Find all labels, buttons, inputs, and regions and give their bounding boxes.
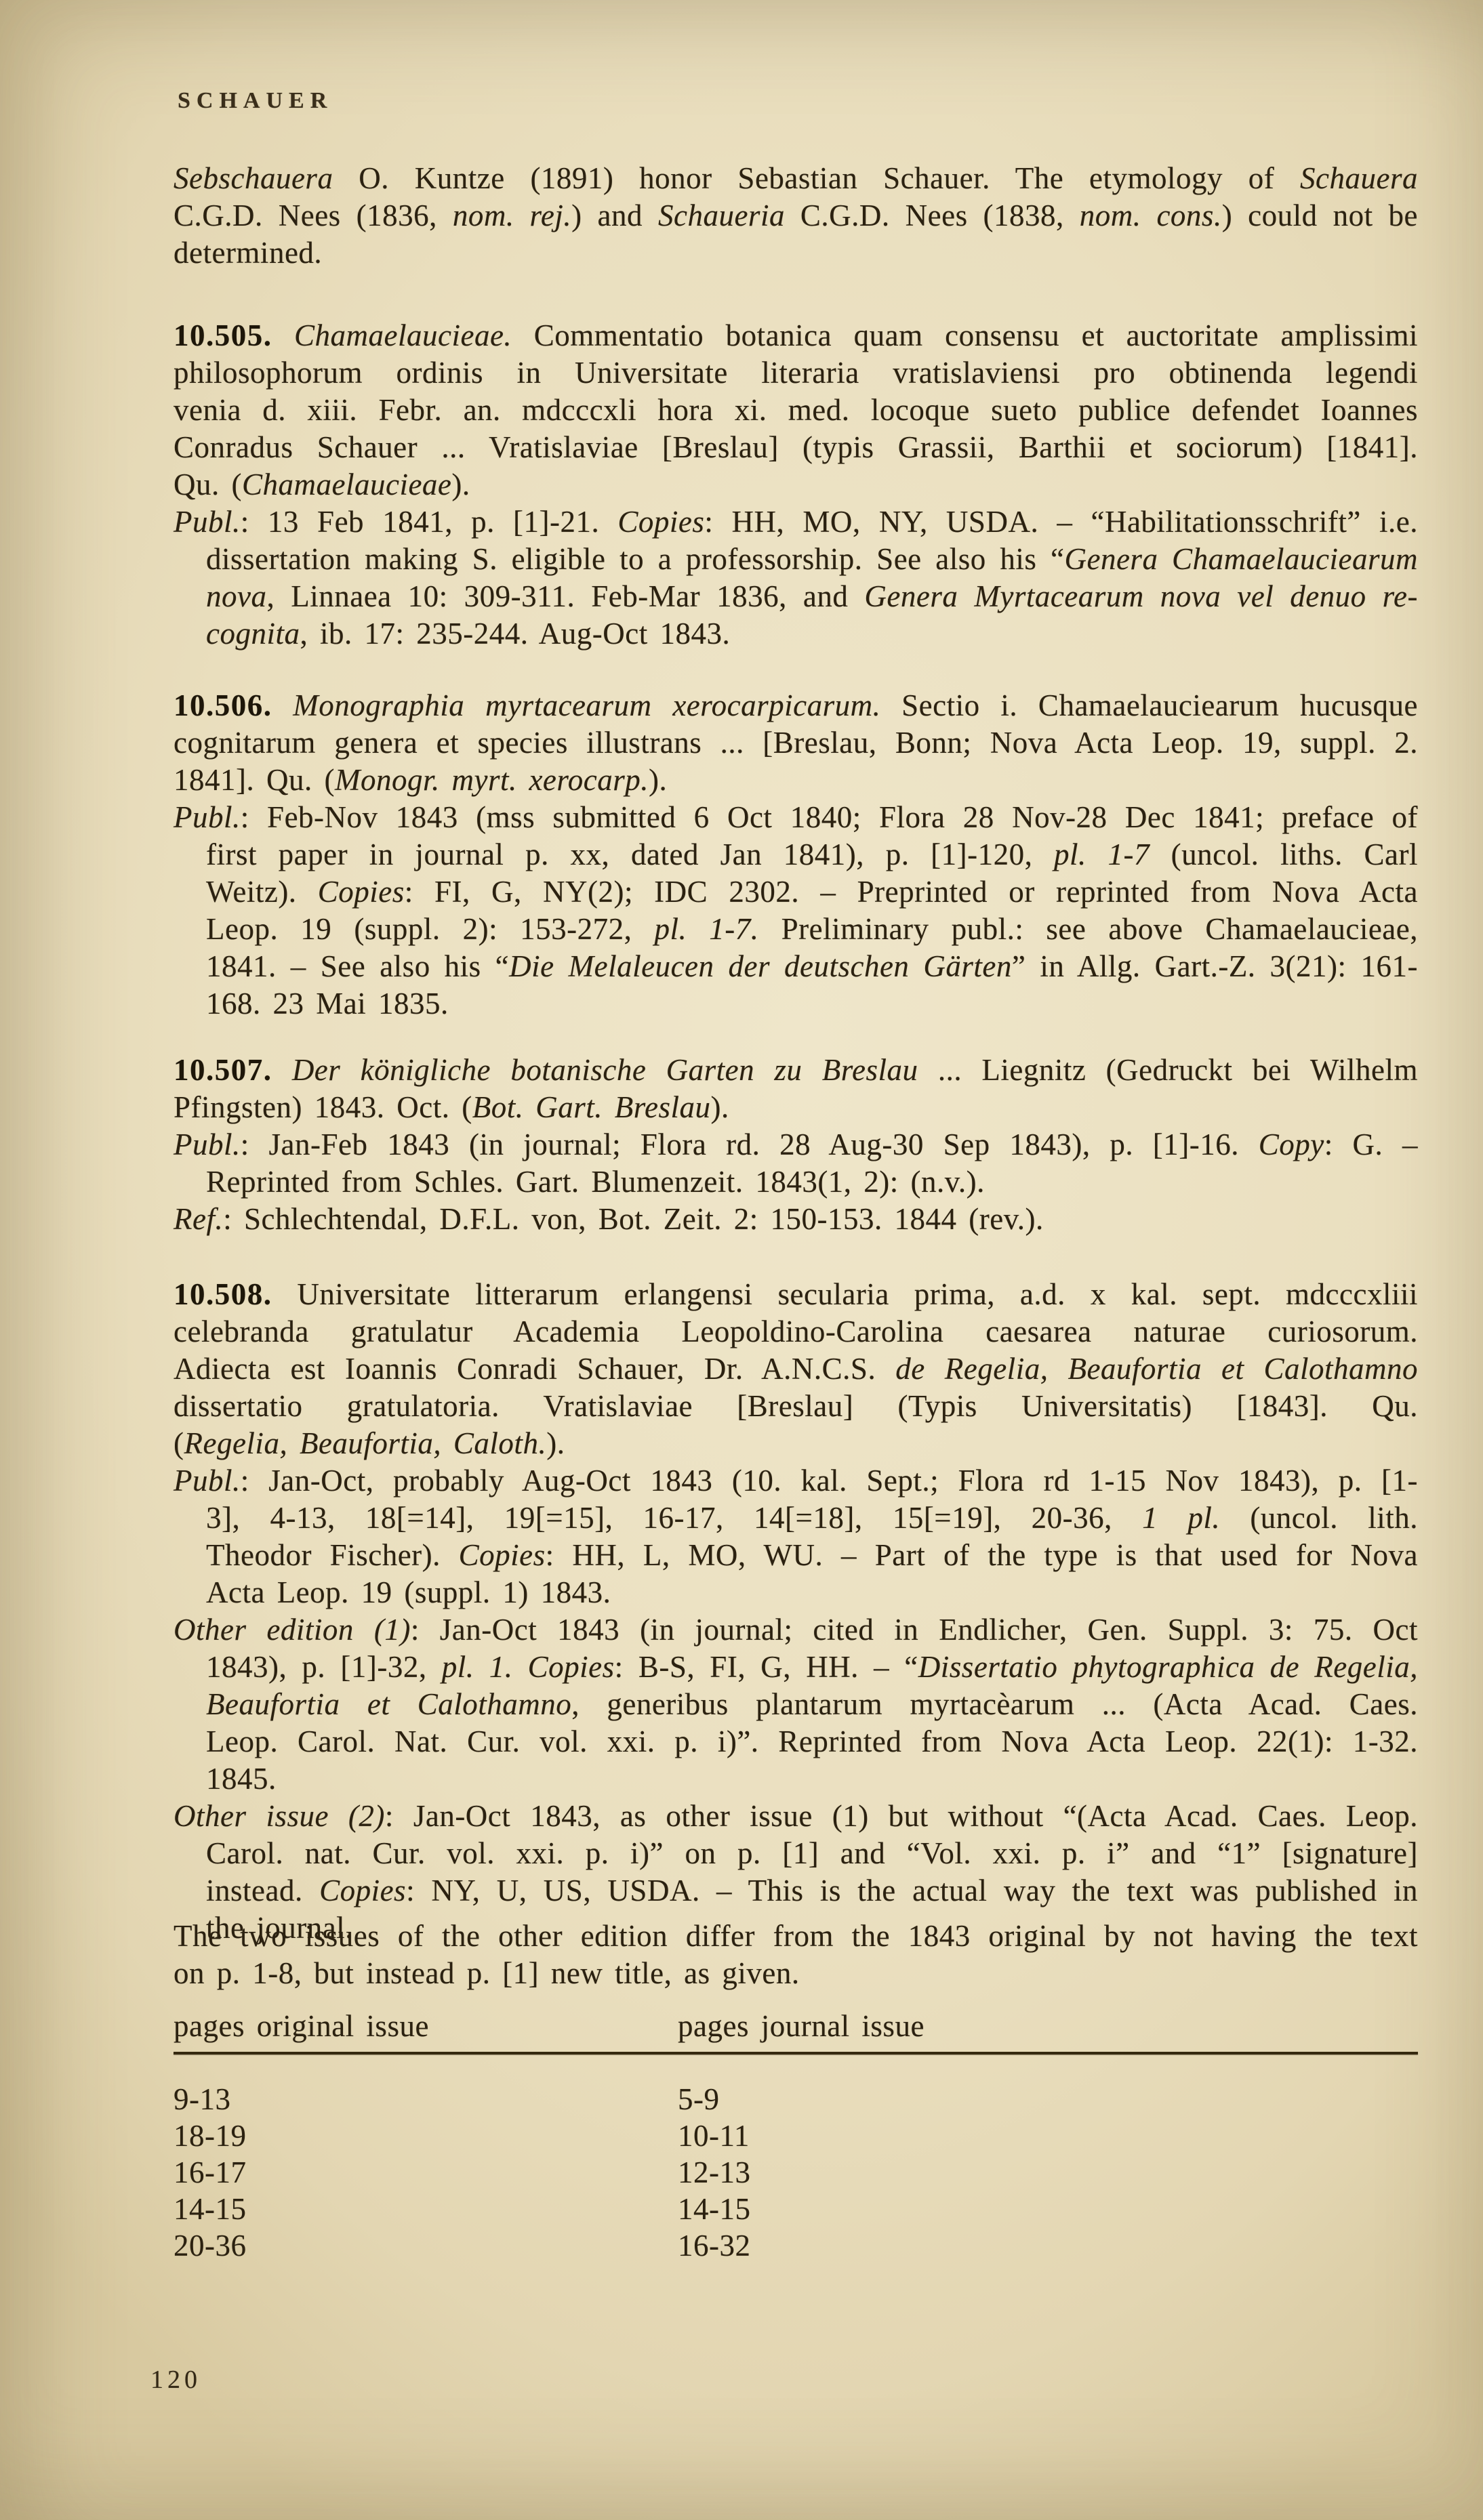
text-line: cognita, ib. 17: 235-244. Aug-Oct 1843. xyxy=(174,615,1418,653)
table-row: 18-1910-11 xyxy=(174,2118,1418,2155)
text-line: cognitarum genera et species illustrans … xyxy=(174,724,1418,762)
entry-10505: 10.505. Chamaelaucieae. Commentatio bota… xyxy=(174,317,1418,653)
table-header-row: pages original issue pages journal issue xyxy=(174,2008,1418,2046)
text-line: Acta Leop. 19 (suppl. 1) 1843. xyxy=(174,1575,1418,1612)
cell-original-issue: 18-19 xyxy=(174,2119,247,2153)
page-number: 120 xyxy=(150,2365,201,2395)
running-head: SCHAUER xyxy=(178,88,333,114)
text-line: 168. 23 Mai 1835. xyxy=(174,985,1418,1023)
text-line: Conradus Schauer ... Vratislaviae [Bresl… xyxy=(174,429,1418,466)
table-row: 14-1514-15 xyxy=(174,2191,1418,2228)
table-header-journal-issue: pages journal issue xyxy=(678,2008,925,2044)
text-line: 1845. xyxy=(174,1761,1418,1798)
text-line: Publ.: Jan-Feb 1843 (in journal; Flora r… xyxy=(174,1126,1418,1163)
text-line: Pfingsten) 1843. Oct. (Bot. Gart. Bresla… xyxy=(174,1089,1418,1126)
text-line: C.G.D. Nees (1836, nom. rej.) and Schaue… xyxy=(174,197,1418,234)
text-line: instead. Copies: NY, U, US, USDA. – This… xyxy=(174,1873,1418,1910)
text-line: 10.505. Chamaelaucieae. Commentatio bota… xyxy=(174,317,1418,354)
cell-original-issue: 20-36 xyxy=(174,2229,247,2263)
text-line: Beaufortia et Calothamno, generibus plan… xyxy=(174,1687,1418,1724)
scanned-page: SCHAUER Sebschauera O. Kuntze (1891) hon… xyxy=(0,0,1483,2520)
text-line: Publ.: 13 Feb 1841, p. [1]-21. Copies: H… xyxy=(174,503,1418,541)
entry-10507: 10.507. Der königliche botanische Garten… xyxy=(174,1052,1418,1238)
table-header-original-issue: pages original issue xyxy=(174,2009,429,2043)
table-row: 20-3616-32 xyxy=(174,2228,1418,2265)
table-body: 9-135-918-1910-1116-1712-1314-1514-1520-… xyxy=(174,2082,1418,2265)
text-line: on p. 1-8, but instead p. [1] new title,… xyxy=(174,1955,1418,1992)
text-line: Qu. (Chamaelaucieae). xyxy=(174,466,1418,503)
text-line: dissertation making S. eligible to a pro… xyxy=(174,541,1418,578)
text-line: 10.508. Universitate litterarum erlangen… xyxy=(174,1277,1418,1314)
cell-original-issue: 9-13 xyxy=(174,2082,231,2116)
cell-journal-issue: 10-11 xyxy=(678,2118,750,2153)
intro-paragraph: Sebschauera O. Kuntze (1891) honor Sebas… xyxy=(174,160,1418,272)
table-rule xyxy=(174,2052,1418,2054)
cell-original-issue: 16-17 xyxy=(174,2155,247,2189)
text-line: The two issues of the other edition diff… xyxy=(174,1918,1418,1955)
cell-journal-issue: 16-32 xyxy=(678,2228,751,2263)
text-line: Ref.: Schlechtendal, D.F.L. von, Bot. Ze… xyxy=(174,1201,1418,1238)
text-line: determined. xyxy=(174,234,1418,272)
text-line: dissertatio gratulatoria. Vratislaviae [… xyxy=(174,1388,1418,1426)
text-line: (Regelia, Beaufortia, Caloth.). xyxy=(174,1426,1418,1463)
text-line: Adiecta est Ioannis Conradi Schauer, Dr.… xyxy=(174,1351,1418,1388)
text-line: Leop. 19 (suppl. 2): 153-272, pl. 1-7. P… xyxy=(174,911,1418,948)
text-line: first paper in journal p. xx, dated Jan … xyxy=(174,836,1418,873)
text-line: Publ.: Jan-Oct, probably Aug-Oct 1843 (1… xyxy=(174,1463,1418,1500)
text-line: Reprinted from Schles. Gart. Blumenzeit.… xyxy=(174,1163,1418,1201)
entry-10506: 10.506. Monographia myrtacearum xerocarp… xyxy=(174,687,1418,1023)
text-line: Publ.: Feb-Nov 1843 (mss submitted 6 Oct… xyxy=(174,799,1418,836)
text-line: Sebschauera O. Kuntze (1891) honor Sebas… xyxy=(174,160,1418,197)
text-line: Theodor Fischer). Copies: HH, L, MO, WU.… xyxy=(174,1537,1418,1575)
correspondence-table: pages original issue pages journal issue… xyxy=(174,2008,1418,2046)
text-line: Other edition (1): Jan-Oct 1843 (in jour… xyxy=(174,1612,1418,1649)
text-line: celebranda gratulatur Academia Leopoldin… xyxy=(174,1314,1418,1351)
cell-journal-issue: 14-15 xyxy=(678,2191,751,2227)
text-line: nova, Linnaea 10: 309-311. Feb-Mar 1836,… xyxy=(174,578,1418,615)
cell-original-issue: 14-15 xyxy=(174,2192,247,2226)
text-line: 3], 4-13, 18[=14], 19[=15], 16-17, 14[=1… xyxy=(174,1500,1418,1537)
text-line: venia d. xiii. Febr. an. mdcccxli hora x… xyxy=(174,392,1418,429)
table-row: 16-1712-13 xyxy=(174,2155,1418,2191)
text-line: Weitz). Copies: FI, G, NY(2); IDC 2302. … xyxy=(174,873,1418,911)
text-line: 1841. – See also his “Die Melaleucen der… xyxy=(174,948,1418,985)
text-line: 1841]. Qu. (Monogr. myrt. xerocarp.). xyxy=(174,762,1418,799)
text-line: Carol. nat. Cur. vol. xxi. p. i)” on p. … xyxy=(174,1836,1418,1873)
table-row: 9-135-9 xyxy=(174,2082,1418,2118)
cell-journal-issue: 5-9 xyxy=(678,2082,720,2117)
text-line: philosophorum ordinis in Universitate li… xyxy=(174,354,1418,392)
cell-journal-issue: 12-13 xyxy=(678,2155,751,2190)
text-line: Leop. Carol. Nat. Cur. vol. xxi. p. i)”.… xyxy=(174,1724,1418,1761)
text-line: Other issue (2): Jan-Oct 1843, as other … xyxy=(174,1798,1418,1836)
closing-paragraph: The two issues of the other edition diff… xyxy=(174,1918,1418,1992)
text-line: 10.507. Der königliche botanische Garten… xyxy=(174,1052,1418,1089)
text-line: 10.506. Monographia myrtacearum xerocarp… xyxy=(174,687,1418,724)
text-line: 1843), p. [1]-32, pl. 1. Copies: B-S, FI… xyxy=(174,1649,1418,1687)
entry-10508: 10.508. Universitate litterarum erlangen… xyxy=(174,1277,1418,1947)
